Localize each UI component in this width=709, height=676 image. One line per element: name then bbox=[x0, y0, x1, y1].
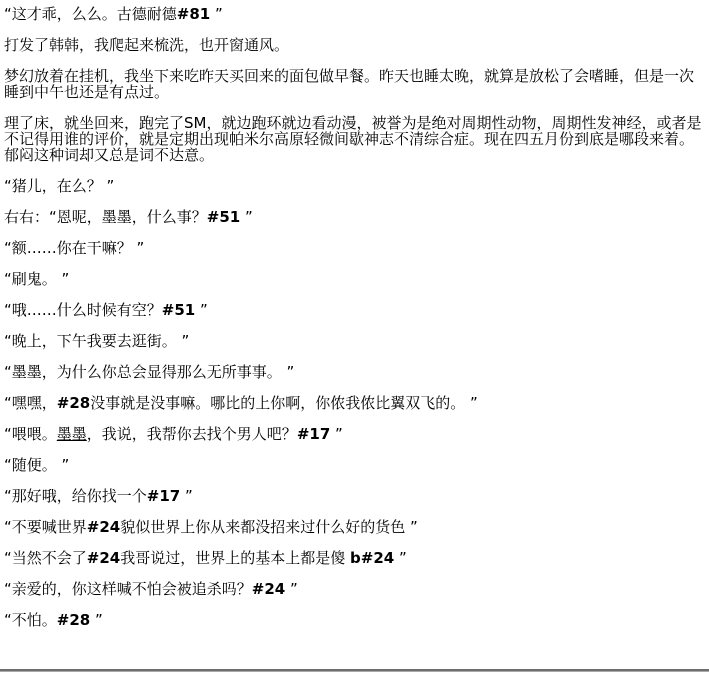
text-run: 理了床，就坐回来，跑完了SM，就边跑环就边看动漫，被誉为是绝对周期性动物，周期性… bbox=[4, 114, 701, 164]
paragraph: “喂喂。墨墨，我说，我帮你去找个男人吧？#17 ” bbox=[4, 426, 707, 442]
text-run: ” bbox=[90, 611, 103, 629]
paragraph: “不怕。#28 ” bbox=[4, 612, 707, 628]
emote-code: #51 bbox=[207, 208, 240, 226]
text-run: “刷鬼。 ” bbox=[4, 270, 69, 288]
paragraph: “额……你在干嘛？ ” bbox=[4, 240, 707, 256]
text-run: 右右：“恩呢，墨墨，什么事？ bbox=[4, 208, 207, 226]
text-run: “哦……什么时候有空？ bbox=[4, 301, 162, 319]
paragraph: 打发了韩韩，我爬起来梳洗，也开窗通风。 bbox=[4, 37, 707, 53]
text-content: “这才乖，么么。古德耐德#81 ”打发了韩韩，我爬起来梳洗，也开窗通风。梦幻放着… bbox=[0, 0, 709, 643]
text-run: “猪儿，在么？ ” bbox=[4, 177, 114, 195]
paragraph: 梦幻放着在挂机，我坐下来吃昨天买回来的面包做早餐。昨天也睡太晚，就算是放松了会嗜… bbox=[4, 68, 707, 100]
paragraph: “不要喊世界#24貌似世界上你从来都没招来过什么好的货色 ” bbox=[4, 519, 707, 535]
text-run: ” bbox=[394, 549, 407, 567]
text-run: “不要喊世界 bbox=[4, 518, 87, 536]
paragraph: “哦……什么时候有空？#51 ” bbox=[4, 302, 707, 318]
text-run: 没事就是没事嘛。哪比的上你啊，你侬我侬比翼双飞的。 ” bbox=[90, 394, 478, 412]
text-run: “当然不会了 bbox=[4, 549, 87, 567]
paragraph: “晚上，下午我要去逛街。 ” bbox=[4, 333, 707, 349]
emote-code: #28 bbox=[57, 394, 90, 412]
text-run: “那好哦，给你找一个 bbox=[4, 487, 147, 505]
text-run: ” bbox=[330, 425, 343, 443]
emote-code: #51 bbox=[162, 301, 195, 319]
paragraph: “刷鬼。 ” bbox=[4, 271, 707, 287]
paragraph: “当然不会了#24我哥说过，世界上的基本上都是傻 b#24 ” bbox=[4, 550, 707, 566]
emote-code: b#24 bbox=[350, 549, 394, 567]
text-run: 貌似世界上你从来都没招来过什么好的货色 ” bbox=[120, 518, 418, 536]
text-run: 梦幻放着在挂机，我坐下来吃昨天买回来的面包做早餐。昨天也睡太晚，就算是放松了会嗜… bbox=[4, 67, 694, 101]
text-run: ，我说，我帮你去找个男人吧？ bbox=[87, 425, 297, 443]
text-run: “额……你在干嘛？ ” bbox=[4, 239, 144, 257]
text-run: ” bbox=[240, 208, 253, 226]
text-run: “晚上，下午我要去逛街。 ” bbox=[4, 332, 189, 350]
underlined-name: 墨墨 bbox=[57, 425, 87, 443]
emote-code: #24 bbox=[87, 518, 120, 536]
emote-code: #24 bbox=[252, 580, 285, 598]
emote-code: #81 bbox=[177, 5, 210, 23]
text-run: 我哥说过，世界上的基本上都是傻 bbox=[120, 549, 350, 567]
paragraph: “墨墨，为什么你总会显得那么无所事事。 ” bbox=[4, 364, 707, 380]
emote-code: #24 bbox=[87, 549, 120, 567]
paragraph: 理了床，就坐回来，跑完了SM，就边跑环就边看动漫，被誉为是绝对周期性动物，周期性… bbox=[4, 115, 707, 163]
text-run: ” bbox=[195, 301, 208, 319]
paragraph: “亲爱的，你这样喊不怕会被追杀吗？#24 ” bbox=[4, 581, 707, 597]
paragraph: “嘿嘿，#28没事就是没事嘛。哪比的上你啊，你侬我侬比翼双飞的。 ” bbox=[4, 395, 707, 411]
text-run: “这才乖，么么。古德耐德 bbox=[4, 5, 177, 23]
paragraph: “猪儿，在么？ ” bbox=[4, 178, 707, 194]
emote-code: #17 bbox=[297, 425, 330, 443]
text-run: ” bbox=[210, 5, 223, 23]
text-run: “嘿嘿， bbox=[4, 394, 57, 412]
text-run: “喂喂。 bbox=[4, 425, 57, 443]
text-run: ” bbox=[180, 487, 193, 505]
bottom-divider bbox=[0, 669, 709, 672]
text-run: “墨墨，为什么你总会显得那么无所事事。 ” bbox=[4, 363, 294, 381]
text-run: 打发了韩韩，我爬起来梳洗，也开窗通风。 bbox=[4, 36, 289, 54]
text-run: “亲爱的，你这样喊不怕会被追杀吗？ bbox=[4, 580, 252, 598]
paragraph: “随便。 ” bbox=[4, 457, 707, 473]
emote-code: #28 bbox=[57, 611, 90, 629]
paragraph: “这才乖，么么。古德耐德#81 ” bbox=[4, 6, 707, 22]
paragraph: “那好哦，给你找一个#17 ” bbox=[4, 488, 707, 504]
emote-code: #17 bbox=[147, 487, 180, 505]
text-run: ” bbox=[285, 580, 298, 598]
text-run: “不怕。 bbox=[4, 611, 57, 629]
text-run: “随便。 ” bbox=[4, 456, 69, 474]
paragraph: 右右：“恩呢，墨墨，什么事？#51 ” bbox=[4, 209, 707, 225]
